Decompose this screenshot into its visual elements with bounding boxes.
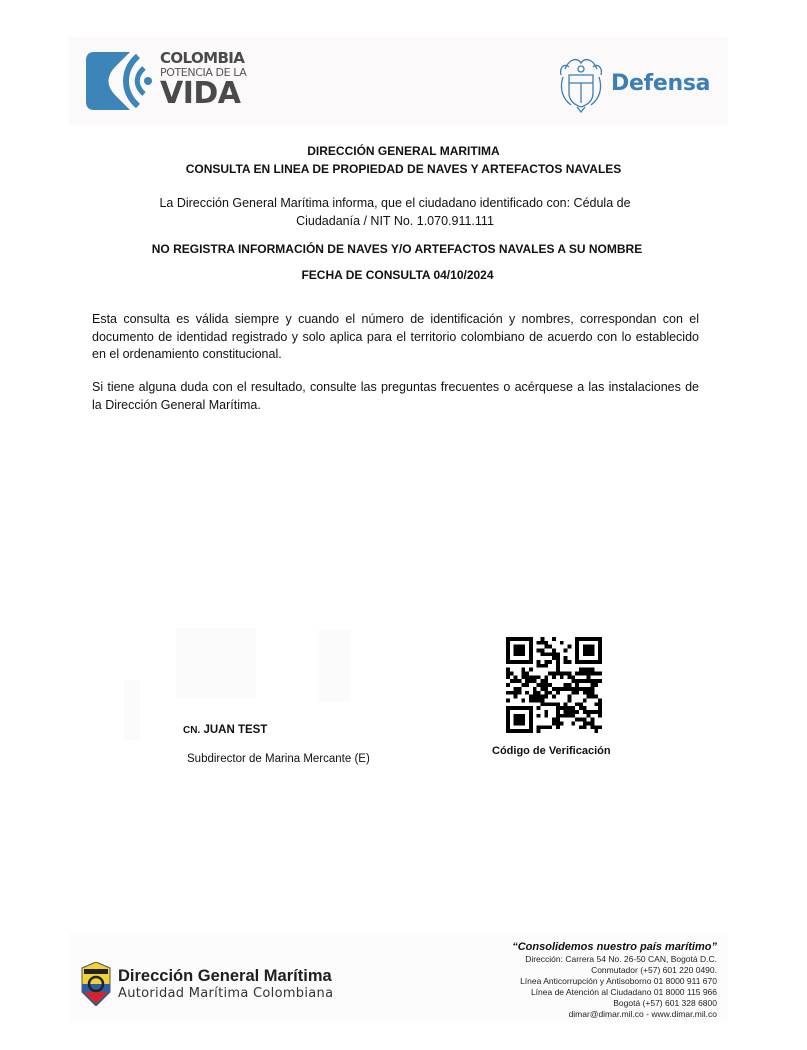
signatory-name: CN. JUAN TEST (183, 724, 267, 736)
coat-of-arms-icon (555, 55, 607, 113)
signature-area-faint (318, 630, 350, 702)
signature-area-faint (124, 680, 140, 740)
contact-switchboard: Conmutador (+57) 601 220 0490. (512, 965, 717, 976)
verification-code-label: Código de Verificación (492, 745, 611, 757)
contact-anticorruption-line: Línea Anticorrupción y Antisoborno 01 80… (512, 976, 717, 987)
query-date: FECHA DE CONSULTA 04/10/2024 (0, 268, 795, 282)
colombia-wave-icon (86, 52, 152, 110)
signatory-role: Subdirector de Marina Mercante (E) (187, 753, 370, 765)
colombia-potencia-de-la-vida-logo: COLOMBIA POTENCIA DE LA VIDA (86, 50, 256, 114)
contact-email-web[interactable]: dimar@dimar.mil.co - www.dimar.mil.co (512, 1009, 717, 1020)
contact-citizen-line: Línea de Atención al Ciudadano 01 8000 1… (512, 987, 717, 998)
contact-bogota-phone: Bogotá (+57) 601 328 6800 (512, 998, 717, 1009)
logo-line-colombia: COLOMBIA (160, 50, 246, 66)
document-title: DIRECCIÓN GENERAL MARITIMA CONSULTA EN L… (0, 142, 807, 178)
intro-line-1: La Dirección General Marítima informa, q… (130, 194, 660, 212)
result-notice: NO REGISTRA INFORMACIÓN DE NAVES Y/O ART… (0, 242, 794, 256)
questions-paragraph: Si tiene alguna duda con el resultado, c… (92, 379, 699, 414)
dimar-logo: Dirección General Marítima Autoridad Mar… (80, 962, 370, 1010)
title-line-consulta: CONSULTA EN LINEA DE PROPIEDAD DE NAVES … (0, 160, 807, 178)
logo-line-vida: VIDA (160, 79, 246, 109)
intro-line-2: Ciudadanía / NIT No. 1.070.911.111 (130, 212, 660, 230)
validity-paragraph: Esta consulta es válida siempre y cuando… (92, 311, 699, 364)
footer-contact: “Consolidemos nuestro país marítimo” Dir… (512, 940, 717, 1020)
signature-area-faint (176, 628, 256, 698)
dimar-org-name: Dirección General Marítima (118, 967, 332, 986)
signatory-rank: CN. (183, 725, 200, 736)
title-line-dimar: DIRECCIÓN GENERAL MARITIMA (0, 142, 807, 160)
dimar-shield-icon (80, 962, 112, 1006)
footer-slogan: “Consolidemos nuestro país marítimo” (512, 940, 717, 954)
intro-statement: La Dirección General Marítima informa, q… (130, 194, 660, 230)
dimar-org-subtitle: Autoridad Marítima Colombiana (118, 986, 333, 1001)
defensa-logo: Defensa (555, 55, 715, 115)
contact-address: Dirección: Carrera 54 No. 26-50 CAN, Bog… (512, 954, 717, 965)
defensa-wordmark: Defensa (611, 71, 710, 96)
verification-qr-code[interactable] (506, 637, 602, 733)
signatory-fullname: JUAN TEST (203, 724, 267, 736)
